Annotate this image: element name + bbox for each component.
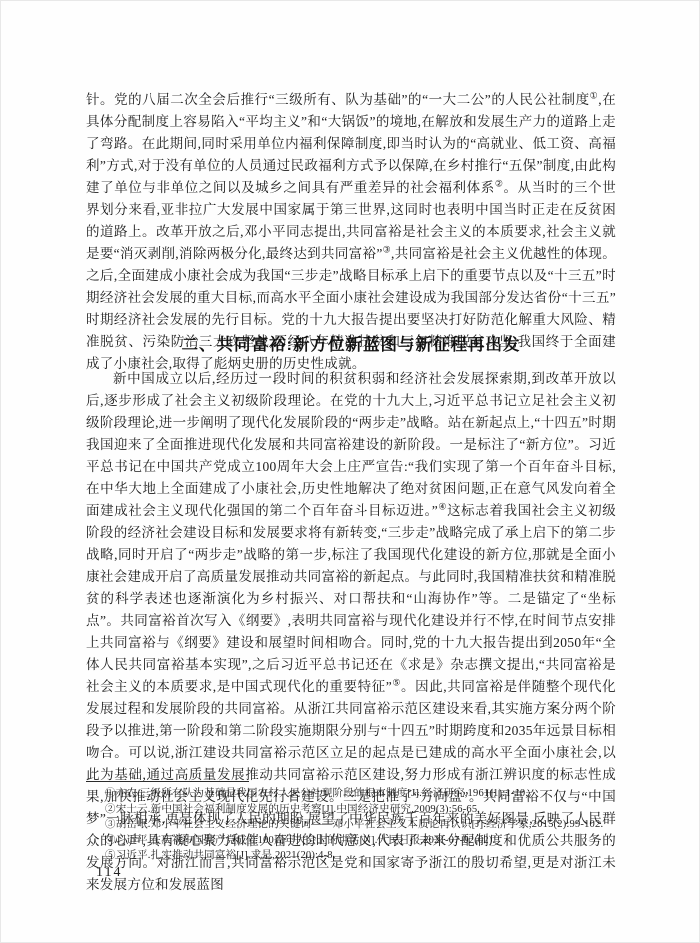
footnote-2: ②宋士云.新中国社会福利制度发展的历史考察[J].中国经济史研究,2009(3)… bbox=[86, 802, 621, 818]
footnote-5: ⑤习近平.扎实推动共同富裕[J].求是,2021(20):4-8. bbox=[86, 848, 621, 864]
document-page: 针。党的八届二次全会后推行“三级所有、队为基础”的“一大二公”的人民公社制度①,… bbox=[0, 0, 700, 943]
footnote-divider bbox=[86, 781, 249, 782]
page-number: 114 bbox=[96, 865, 122, 881]
footnote-4: ④习近平.在庆祝中国共产党成立100周年大会上的讲话[N].人民日报,2021-… bbox=[86, 833, 621, 849]
footnotes: ①亦农.三级所有队为基础是我国农村人民公社现阶段的根本制度[J].经济研究,19… bbox=[86, 786, 621, 864]
section-heading: 二、共同富裕:新方位新蓝图与新征程再出发 bbox=[86, 333, 616, 357]
footnote-1: ①亦农.三级所有队为基础是我国农村人民公社现阶段的根本制度[J].经济研究,19… bbox=[86, 786, 621, 802]
footnote-3: ③胡岳岷.邓小平社会主义经济理论的关键词——邓小平社会主义本质论再认识[J].经… bbox=[86, 817, 621, 833]
